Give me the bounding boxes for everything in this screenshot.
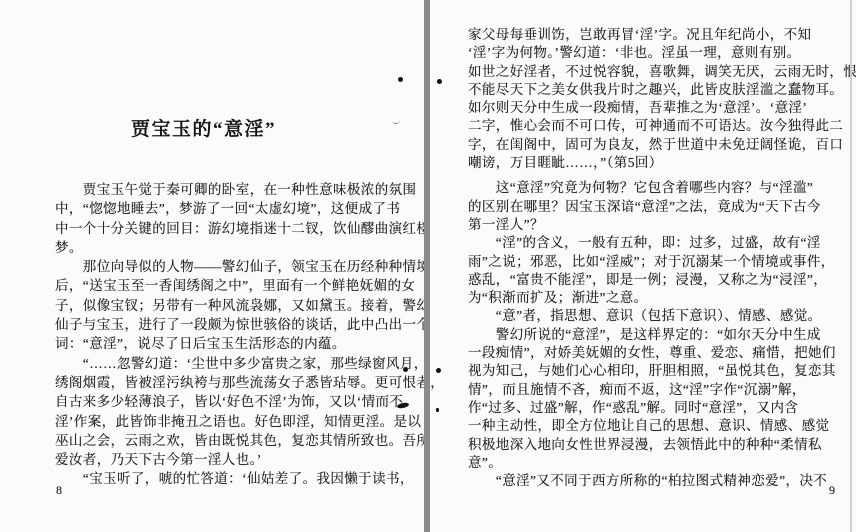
text-line: 仙子与宝玉，进行了一段颇为惊世骇俗的谈话，此中凸出一个: [55, 315, 421, 334]
text-line: 那位向导似的人物——警幻仙子，领宝玉在历经种种情境: [55, 257, 421, 276]
text-line: 的区别在哪里？因宝玉深谙“意淫”之法，竟成为“天下古今: [468, 198, 846, 216]
text-line: 中一个十分关键的回目：游幻境指迷十二钗，饮仙醪曲演红楼: [55, 219, 421, 238]
text-line: “意淫”又不同于西方所称的“柏拉图式精神恋爱”，决不: [468, 472, 846, 490]
text-line: 淫’作案，此皆饰非掩丑之语也。好色即淫，知情更淫。是以: [55, 412, 421, 431]
text-line: [468, 172, 846, 179]
scan-speck: [436, 408, 439, 412]
text-line: 自古来多少轻薄浪子，皆以‘好色不淫’为饰，又以‘情而不: [55, 392, 421, 411]
right-page: 家父母每垂训饬，岂敢再冒‘淫’字。况且年纪尚小，不知‘淫’字为何物。’警幻道：‘…: [468, 0, 846, 532]
chapter-title: 贾宝玉的“意淫”: [131, 114, 276, 141]
scan-speck: [403, 367, 408, 372]
text-line: 字，在闺阁中，固可为良友，然于世道中未免迂阔怪诡，百口: [468, 136, 846, 154]
text-line: “淫”的含义，一般有五种，即：过多，过盛，故有“淫: [468, 234, 846, 252]
text-line: 爱汝者，乃天下古今第一淫人也。’: [55, 450, 421, 469]
text-line: 情”，而且施情不吝，痴而不返，这“淫”字作“沉溺”解，: [468, 381, 846, 399]
text-line: 为“积渐而扩及；渐进”之意。: [468, 289, 846, 307]
text-line: 家父母每垂训饬，岂敢再冒‘淫’字。况且年纪尚小，不知: [468, 26, 846, 44]
text-line: 第一淫人”？: [468, 216, 846, 234]
scanned-book-spread: 贾宝玉的“意淫” 贾宝玉午觉于秦可卿的卧室，在一种性意味极浓的氛围中，“惚惚地睡…: [0, 0, 856, 532]
text-line: 嘲谤，万目睚眦……，”（第5回）: [468, 154, 846, 172]
text-line: 雨”之说；邪恶，比如“淫威”；对于沉溺某一个情境或事件，: [468, 253, 846, 271]
text-line: 惑乱，“富贵不能淫”，即是一例；浸漫，又称之为“浸淫”，: [468, 271, 846, 289]
text-line: 一种主动性，即全方位地让自己的思想、意识、情感、感觉: [468, 417, 846, 435]
text-line: 绣阁烟霞，皆被淫污纨袴与那些流荡女子悉皆玷辱。更可恨者，: [55, 373, 421, 392]
text-line: 如尔则天分中生成一段痴情，吾辈推之为‘意淫’。‘意淫’: [468, 99, 846, 117]
text-line: 警幻所说的“意淫”，是这样界定的：“如尔天分中生成: [468, 326, 846, 344]
right-page-text: 家父母每垂训饬，岂敢再冒‘淫’字。况且年纪尚小，不知‘淫’字为何物。’警幻道：‘…: [468, 26, 846, 490]
text-line: 作“过多、过盛”解，作“惑乱”解。同时“意淫”，又内含: [468, 399, 846, 417]
text-line: ‘淫’字为何物。’警幻道：‘非也。淫虽一理，意则有别。: [468, 44, 846, 62]
text-line: 不能尽天下之美女供我片时之趣兴，此皆皮肤淫滥之蠢物耳。: [468, 81, 846, 99]
left-page-text: 贾宝玉午觉于秦可卿的卧室，在一种性意味极浓的氛围中，“惚惚地睡去”，梦游了一回“…: [55, 180, 421, 489]
text-line: 词：“意淫”，说尽了日后宝玉生活形态的内蕴。: [55, 334, 421, 353]
text-line: 积极地深入地向女性世界浸漫，去领悟此中的种种“柔情私: [468, 436, 846, 454]
text-line: “宝玉听了，唬的忙答道：‘仙姑差了。我因懒于读书，: [55, 469, 421, 488]
text-line: 子，似像宝钗；另带有一种风流袅娜，又如黛玉。接着，警幻: [55, 296, 421, 315]
text-line: 一段痴情”，对娇美妩媚的女性，尊重、爱恋、痛惜，把她们: [468, 344, 846, 362]
scan-speck: [398, 77, 403, 82]
text-line: 梦。: [55, 238, 421, 257]
left-page: 贾宝玉的“意淫” 贾宝玉午觉于秦可卿的卧室，在一种性意味极浓的氛围中，“惚惚地睡…: [55, 0, 421, 532]
page-number-left: 8: [56, 483, 62, 498]
text-line: “意”者，指思想、意识（包括下意识）、情感、感觉。: [468, 307, 846, 325]
text-line: 意”。: [468, 454, 846, 472]
page-edge-line: [850, 0, 852, 532]
scan-speck: [436, 368, 441, 373]
text-line: 这“意淫”究竟为何物？它包含着哪些内容？与“淫滥”: [468, 179, 846, 197]
text-line: 如世之好淫者，不过悦容貌，喜歌舞，调笑无厌，云雨无时，恨: [468, 63, 846, 81]
text-line: 贾宝玉午觉于秦可卿的卧室，在一种性意味极浓的氛围: [55, 180, 421, 199]
text-line: 二字，惟心会而不可口传，可神通而不可语达。汝今独得此二: [468, 117, 846, 135]
text-line: “……忽警幻道：‘尘世中多少富贵之家，那些绿窗风月，: [55, 354, 421, 373]
page-number-right: 9: [829, 483, 835, 498]
text-line: 巫山之会，云雨之欢，皆由既悦其色，复恋其情所致也。吾所: [55, 431, 421, 450]
scan-speck: [437, 79, 442, 84]
text-line: 中，“惚惚地睡去”，梦游了一回“太虚幻境”，这便成了书: [55, 199, 421, 218]
text-line: 视为知己，与她们心心相印，肝胆相照，“虽悦其色，复恋其: [468, 362, 846, 380]
book-gutter-shadow: [424, 0, 430, 532]
text-line: 后，“送宝玉至一香闺绣阁之中”，里面有一个鲜艳妩媚的女: [55, 276, 421, 295]
